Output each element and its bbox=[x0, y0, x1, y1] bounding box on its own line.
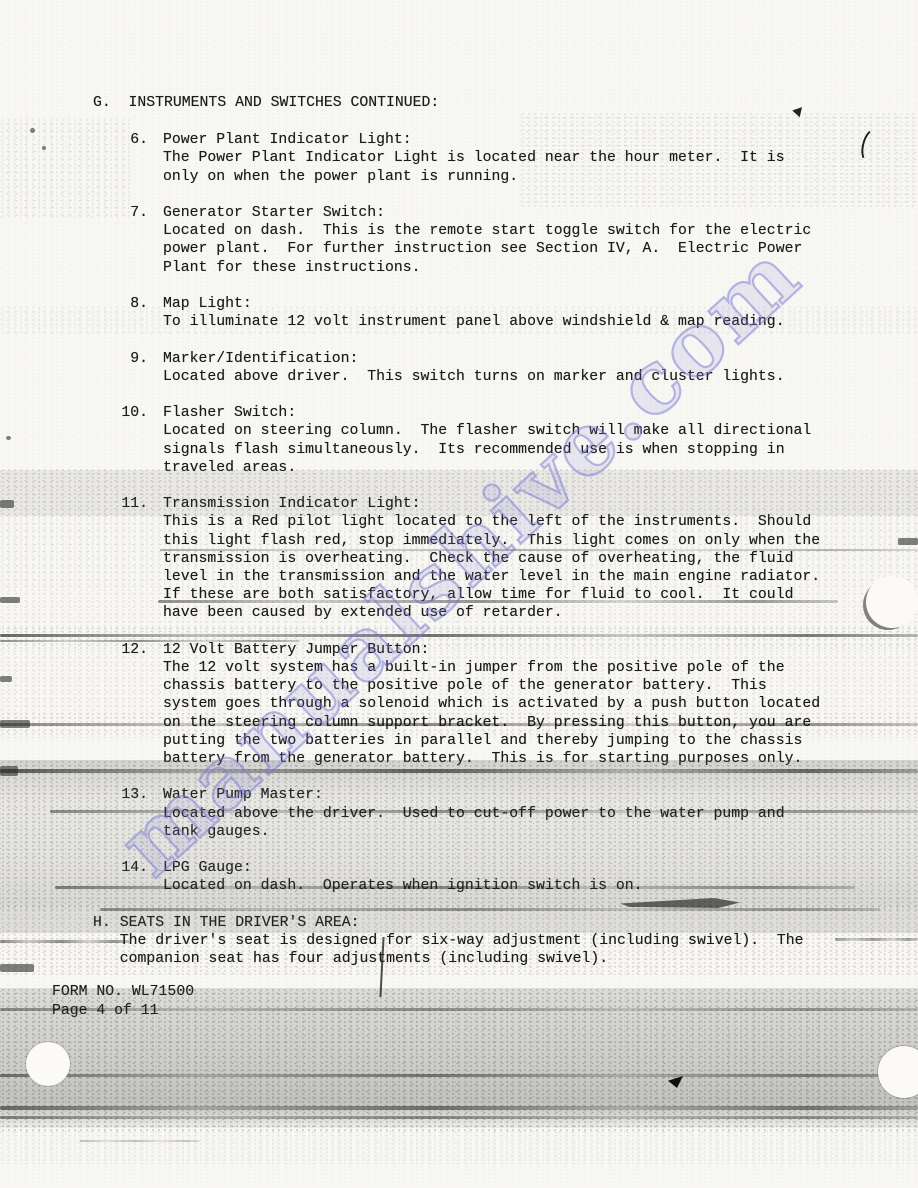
item-title: 12 Volt Battery Jumper Button: bbox=[163, 641, 820, 659]
body-line: transmission is overheating. Check the c… bbox=[163, 550, 820, 568]
body-line: companion seat has four adjustments (inc… bbox=[120, 950, 804, 968]
body-line: traveled areas. bbox=[163, 459, 811, 477]
scan-noise-band bbox=[0, 1130, 918, 1164]
list-item: 12. 12 Volt Battery Jumper Button: The 1… bbox=[0, 641, 918, 768]
body-line: power plant. For further instruction see… bbox=[163, 240, 811, 258]
item-number: 6. bbox=[0, 131, 148, 186]
item-title: Flasher Switch: bbox=[163, 404, 811, 422]
body-line: Located above driver. This switch turns … bbox=[163, 368, 785, 386]
list-item: 8. Map Light: To illuminate 12 volt inst… bbox=[0, 295, 918, 331]
section-title: SEATS IN THE DRIVER'S AREA: bbox=[120, 914, 804, 932]
item-title: LPG Gauge: bbox=[163, 859, 643, 877]
item-title: Generator Starter Switch: bbox=[163, 204, 811, 222]
body-line: Located on steering column. The flasher … bbox=[163, 422, 811, 440]
body-line: tank gauges. bbox=[163, 823, 785, 841]
body-line: Plant for these instructions. bbox=[163, 259, 811, 277]
body-line: chassis battery to the positive pole of … bbox=[163, 677, 820, 695]
body-line: only on when the power plant is running. bbox=[163, 168, 785, 186]
list-item: 10. Flasher Switch: Located on steering … bbox=[0, 404, 918, 477]
item-title: Power Plant Indicator Light: bbox=[163, 131, 785, 149]
body-line: If these are both satisfactory, allow ti… bbox=[163, 586, 820, 604]
body-line: Located on dash. This is the remote star… bbox=[163, 222, 811, 240]
body-line: Located above the driver. Used to cut-of… bbox=[163, 805, 785, 823]
scan-streak-line bbox=[0, 1116, 918, 1119]
list-item: 9. Marker/Identification: Located above … bbox=[0, 350, 918, 386]
scan-streak-line bbox=[80, 1140, 200, 1142]
item-number: 11. bbox=[0, 495, 148, 622]
page-footer: FORM NO. WL71500 Page 4 of 11 bbox=[52, 983, 918, 1019]
body-line: have been caused by extended use of reta… bbox=[163, 604, 820, 622]
item-title: Marker/Identification: bbox=[163, 350, 785, 368]
list-item: 13. Water Pump Master: Located above the… bbox=[0, 786, 918, 841]
item-number: 13. bbox=[0, 786, 148, 841]
page-number: Page 4 of 11 bbox=[52, 1002, 918, 1020]
body-line: on the steering column support bracket. … bbox=[163, 714, 820, 732]
body-line: this light flash red, stop immediately. … bbox=[163, 532, 820, 550]
body-line: level in the transmission and the water … bbox=[163, 568, 820, 586]
body-line: The Power Plant Indicator Light is locat… bbox=[163, 149, 785, 167]
body-line: This is a Red pilot light located to the… bbox=[163, 513, 820, 531]
item-number: 8. bbox=[0, 295, 148, 331]
list-item: 6. Power Plant Indicator Light: The Powe… bbox=[0, 131, 918, 186]
form-number: FORM NO. WL71500 bbox=[52, 983, 918, 1001]
hole-punch bbox=[878, 1046, 918, 1098]
item-number: 12. bbox=[0, 641, 148, 768]
body-line: putting the two batteries in parallel an… bbox=[163, 732, 820, 750]
body-line: To illuminate 12 volt instrument panel a… bbox=[163, 313, 785, 331]
item-title: Map Light: bbox=[163, 295, 785, 313]
body-line: battery from the generator battery. This… bbox=[163, 750, 820, 768]
list-item: 11. Transmission Indicator Light: This i… bbox=[0, 495, 918, 622]
hole-punch bbox=[26, 1042, 70, 1086]
item-number: 14. bbox=[0, 859, 148, 895]
scan-streak-line bbox=[0, 1074, 918, 1077]
item-title: Transmission Indicator Light: bbox=[163, 495, 820, 513]
body-line: Located on dash. Operates when ignition … bbox=[163, 877, 643, 895]
item-number: 10. bbox=[0, 404, 148, 477]
section-g-heading: G. INSTRUMENTS AND SWITCHES CONTINUED: bbox=[93, 94, 918, 112]
item-number: 9. bbox=[0, 350, 148, 386]
body-line: system goes through a solenoid which is … bbox=[163, 695, 820, 713]
body-line: The driver's seat is designed for six-wa… bbox=[120, 932, 804, 950]
list-item: 14. LPG Gauge: Located on dash. Operates… bbox=[0, 859, 918, 895]
scanned-manual-page: G. INSTRUMENTS AND SWITCHES CONTINUED: 6… bbox=[0, 0, 918, 1188]
section-letter: H. bbox=[93, 914, 111, 969]
body-line: signals flash simultaneously. Its recomm… bbox=[163, 441, 811, 459]
scan-streak-line bbox=[0, 1106, 918, 1110]
dark-blob-mark bbox=[668, 1076, 683, 1088]
section-h: H. SEATS IN THE DRIVER'S AREA: The drive… bbox=[93, 914, 918, 969]
body-line: The 12 volt system has a built-in jumper… bbox=[163, 659, 820, 677]
list-item: 7. Generator Starter Switch: Located on … bbox=[0, 204, 918, 277]
item-number: 7. bbox=[0, 204, 148, 277]
page-content: G. INSTRUMENTS AND SWITCHES CONTINUED: 6… bbox=[0, 94, 918, 1020]
item-title: Water Pump Master: bbox=[163, 786, 785, 804]
